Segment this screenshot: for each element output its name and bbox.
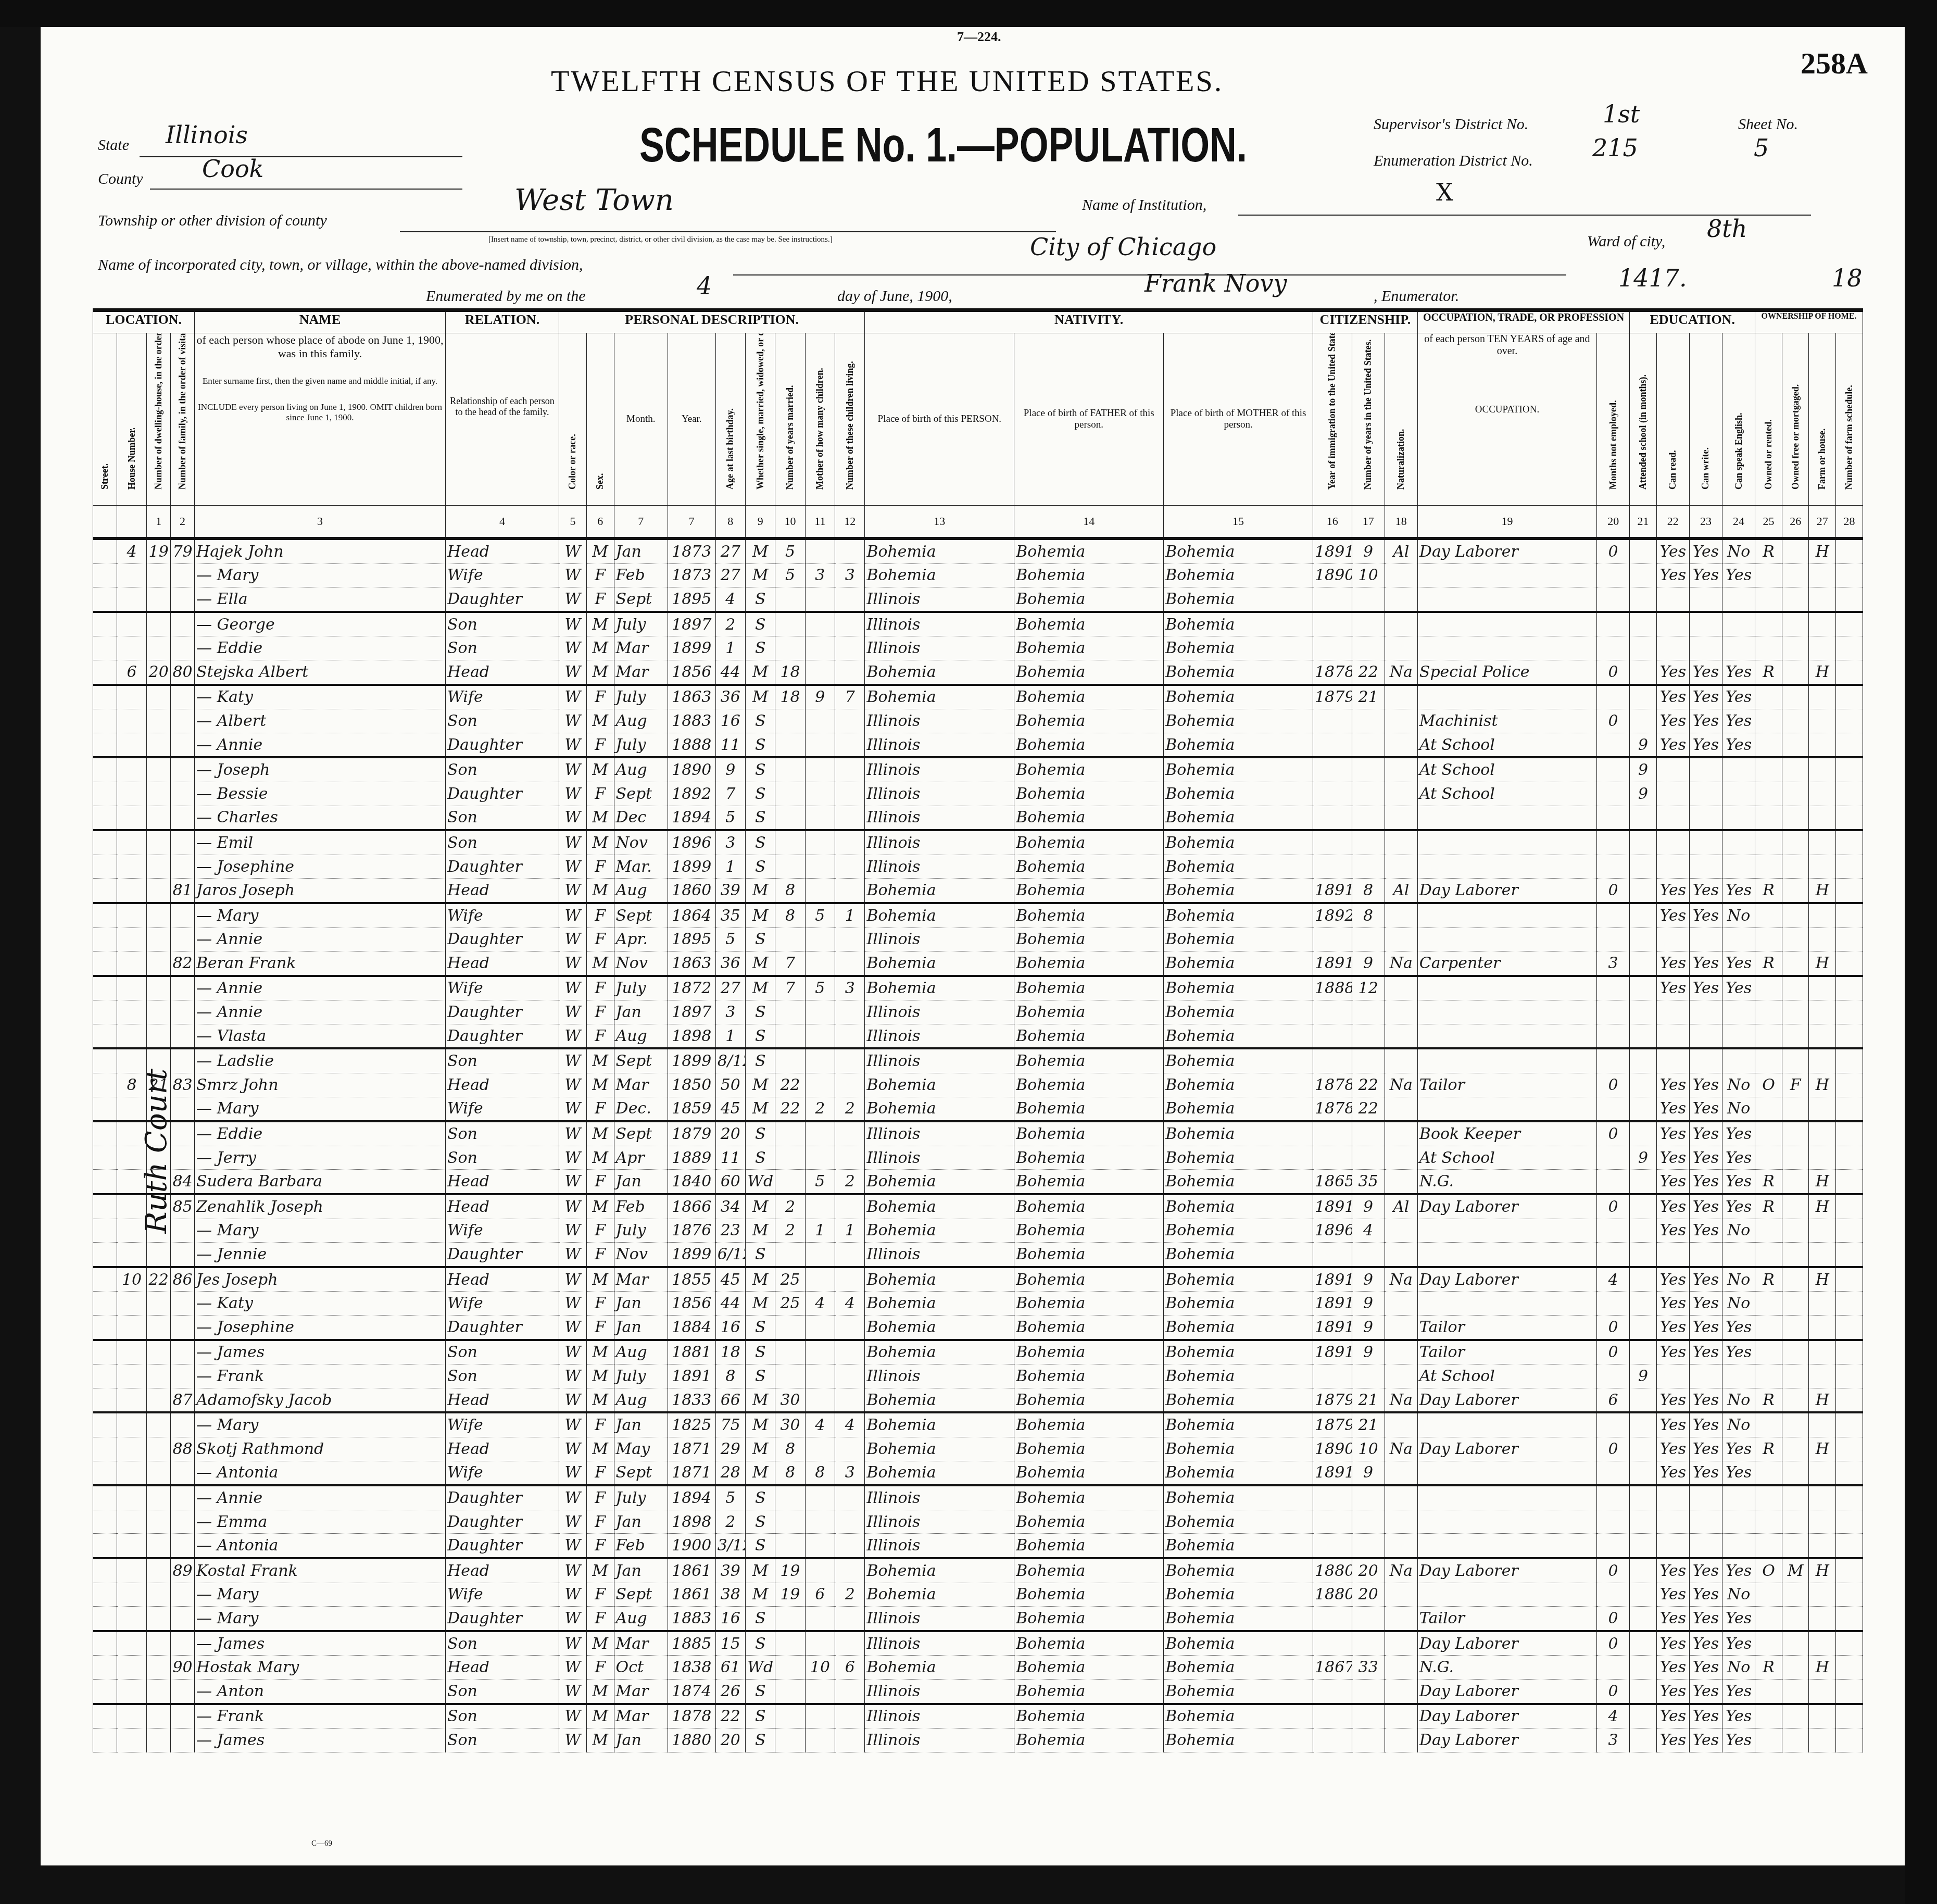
cell-living bbox=[835, 1121, 865, 1146]
cell-father: Bohemia bbox=[1014, 1656, 1164, 1680]
cell-unemployed bbox=[1597, 1485, 1630, 1510]
cell-sched bbox=[1836, 612, 1863, 636]
cell-english: Yes bbox=[1722, 1461, 1755, 1485]
cell-marital: M bbox=[746, 1292, 775, 1316]
cell-relation: Wife bbox=[446, 976, 559, 1000]
cell-unemployed bbox=[1597, 563, 1630, 587]
cell-nat bbox=[1385, 1510, 1417, 1534]
cell-sex: M bbox=[586, 1704, 614, 1728]
cell-street bbox=[93, 1728, 117, 1752]
cell-year: 1883 bbox=[668, 709, 715, 733]
cell-family bbox=[171, 1534, 195, 1558]
cell-occupation bbox=[1417, 1219, 1596, 1243]
cell-nat bbox=[1385, 782, 1417, 806]
cell-mort bbox=[1782, 709, 1809, 733]
cell-mort bbox=[1782, 1485, 1809, 1510]
cell-own bbox=[1755, 855, 1782, 879]
cell-relation: Daughter bbox=[446, 1000, 559, 1024]
cell-read bbox=[1656, 1000, 1689, 1024]
cell-name: — Frank bbox=[195, 1704, 446, 1728]
cell-father: Bohemia bbox=[1014, 1121, 1164, 1146]
cell-unemployed: 3 bbox=[1597, 951, 1630, 976]
cell-color: W bbox=[559, 1412, 587, 1437]
cell-english bbox=[1722, 1000, 1755, 1024]
cell-relation: Son bbox=[446, 1728, 559, 1752]
cell-school bbox=[1630, 1267, 1657, 1292]
cell-read: Yes bbox=[1656, 1292, 1689, 1316]
col-can-write: Can write. bbox=[1689, 333, 1722, 506]
cell-yrs-married: 18 bbox=[775, 685, 805, 709]
cell-sched bbox=[1836, 1219, 1863, 1243]
cell-immig bbox=[1313, 1146, 1352, 1170]
cell-own bbox=[1755, 1243, 1782, 1267]
cell-mother: Bohemia bbox=[1164, 1558, 1313, 1583]
cell-relation: Son bbox=[446, 709, 559, 733]
census-row: 90Hostak MaryHeadWFOct183861Wd106Bohemia… bbox=[93, 1656, 1863, 1680]
cell-farm bbox=[1809, 1728, 1836, 1752]
cell-own bbox=[1755, 757, 1782, 782]
cell-read: Yes bbox=[1656, 685, 1689, 709]
cell-yrs-us bbox=[1352, 830, 1385, 855]
cell-write: Yes bbox=[1689, 1558, 1722, 1583]
cell-occupation bbox=[1417, 1510, 1596, 1534]
cell-english: Yes bbox=[1722, 1146, 1755, 1170]
cell-english: Yes bbox=[1722, 879, 1755, 903]
cell-yrs-us: 20 bbox=[1352, 1558, 1385, 1583]
cell-birth: Illinois bbox=[865, 587, 1014, 612]
cell-school bbox=[1630, 1292, 1657, 1316]
cell-write: Yes bbox=[1689, 1704, 1722, 1728]
cell-age: 3/12 bbox=[715, 1534, 745, 1558]
cell-write bbox=[1689, 1510, 1722, 1534]
column-number: 18 bbox=[1385, 506, 1417, 539]
cell-name: Jaros Joseph bbox=[195, 879, 446, 903]
cell-read bbox=[1656, 855, 1689, 879]
census-row: — MaryDaughterWFAug188316SIllinoisBohemi… bbox=[93, 1607, 1863, 1631]
cell-sex: M bbox=[586, 1388, 614, 1412]
cell-mother: Bohemia bbox=[1164, 1510, 1313, 1534]
cell-unemployed bbox=[1597, 1364, 1630, 1388]
cell-sex: F bbox=[586, 855, 614, 879]
cell-marital: S bbox=[746, 1485, 775, 1510]
cell-living bbox=[835, 951, 865, 976]
cell-english: Yes bbox=[1722, 1121, 1755, 1146]
cell-read bbox=[1656, 1024, 1689, 1048]
census-row: — EddieSonWMSept187920SIllinoisBohemiaBo… bbox=[93, 1121, 1863, 1146]
cell-nat bbox=[1385, 733, 1417, 757]
cell-month: Feb bbox=[614, 1194, 668, 1219]
census-row: 41979Hajek JohnHeadWMJan187327M5BohemiaB… bbox=[93, 538, 1863, 563]
column-number: 2 bbox=[171, 506, 195, 539]
cell-sex: M bbox=[586, 1679, 614, 1703]
cell-living: 7 bbox=[835, 685, 865, 709]
cell-house bbox=[117, 1340, 146, 1364]
cell-birth: Bohemia bbox=[865, 1583, 1014, 1607]
cell-unemployed bbox=[1597, 1534, 1630, 1558]
cell-month: July bbox=[614, 976, 668, 1000]
cell-family bbox=[171, 1292, 195, 1316]
cell-dwelling bbox=[147, 1583, 171, 1607]
cell-immig: 1892 bbox=[1313, 903, 1352, 928]
cell-school bbox=[1630, 1728, 1657, 1752]
col-birthplace-mother: Place of birth of MOTHER of this person. bbox=[1164, 333, 1313, 506]
cell-living bbox=[835, 879, 865, 903]
cell-farm bbox=[1809, 806, 1836, 830]
cell-color: W bbox=[559, 563, 587, 587]
cell-year: 1856 bbox=[668, 660, 715, 684]
cell-school bbox=[1630, 1558, 1657, 1583]
cell-family: 87 bbox=[171, 1388, 195, 1412]
cell-dwelling bbox=[147, 1607, 171, 1631]
cell-birth: Illinois bbox=[865, 928, 1014, 951]
cell-read bbox=[1656, 928, 1689, 951]
cell-unemployed bbox=[1597, 1219, 1630, 1243]
cell-write: Yes bbox=[1689, 685, 1722, 709]
cell-sched bbox=[1836, 538, 1863, 563]
col-birthplace-person: Place of birth of this PERSON. bbox=[865, 333, 1014, 506]
cell-birth: Bohemia bbox=[865, 879, 1014, 903]
cell-name: Skotj Rathmond bbox=[195, 1437, 446, 1461]
cell-year: 1900 bbox=[668, 1534, 715, 1558]
cell-sched bbox=[1836, 1267, 1863, 1292]
cell-age: 15 bbox=[715, 1631, 745, 1656]
cell-marital: S bbox=[746, 1607, 775, 1631]
cell-dwelling bbox=[147, 1534, 171, 1558]
cell-read: Yes bbox=[1656, 1679, 1689, 1703]
cell-living: 6 bbox=[835, 1656, 865, 1680]
cell-read: Yes bbox=[1656, 1728, 1689, 1752]
cell-english: Yes bbox=[1722, 1340, 1755, 1364]
cell-month: Dec bbox=[614, 806, 668, 830]
cell-age: 5 bbox=[715, 806, 745, 830]
cell-age: 2 bbox=[715, 1510, 745, 1534]
cell-street bbox=[93, 1121, 117, 1146]
cell-nat bbox=[1385, 1024, 1417, 1048]
cell-year: 1888 bbox=[668, 733, 715, 757]
margin-number: 1417. bbox=[1618, 264, 1687, 292]
cell-mother-of: 5 bbox=[805, 903, 835, 928]
sheet-value: 5 bbox=[1754, 134, 1769, 162]
cell-relation: Head bbox=[446, 951, 559, 976]
cell-family: 81 bbox=[171, 879, 195, 903]
cell-name: — Ella bbox=[195, 587, 446, 612]
column-number: 28 bbox=[1836, 506, 1863, 539]
cell-nat bbox=[1385, 1316, 1417, 1340]
cell-age: 45 bbox=[715, 1267, 745, 1292]
cell-occupation: N.G. bbox=[1417, 1170, 1596, 1194]
cell-marital: M bbox=[746, 1412, 775, 1437]
cell-english bbox=[1722, 636, 1755, 660]
cell-mother: Bohemia bbox=[1164, 1048, 1313, 1073]
cell-occupation: At School bbox=[1417, 782, 1596, 806]
cell-marital: M bbox=[746, 685, 775, 709]
cell-school bbox=[1630, 538, 1657, 563]
cell-write: Yes bbox=[1689, 1437, 1722, 1461]
cell-name: — George bbox=[195, 612, 446, 636]
cell-year: 1840 bbox=[668, 1170, 715, 1194]
cell-mother: Bohemia bbox=[1164, 1121, 1313, 1146]
cell-mort bbox=[1782, 757, 1809, 782]
cell-birth: Illinois bbox=[865, 636, 1014, 660]
cell-father: Bohemia bbox=[1014, 1631, 1164, 1656]
cell-mort bbox=[1782, 587, 1809, 612]
cell-mother-of bbox=[805, 1728, 835, 1752]
cell-yrs-married bbox=[775, 1121, 805, 1146]
cell-relation: Son bbox=[446, 757, 559, 782]
cell-read: Yes bbox=[1656, 733, 1689, 757]
cell-year: 1892 bbox=[668, 782, 715, 806]
form-code: 7—224. bbox=[957, 29, 1001, 45]
cell-father: Bohemia bbox=[1014, 903, 1164, 928]
cell-mort bbox=[1782, 1388, 1809, 1412]
cell-mort bbox=[1782, 976, 1809, 1000]
cell-yrs-us: 35 bbox=[1352, 1170, 1385, 1194]
cell-house bbox=[117, 806, 146, 830]
cell-write: Yes bbox=[1689, 1607, 1722, 1631]
cell-sched bbox=[1836, 1631, 1863, 1656]
cell-farm bbox=[1809, 1510, 1836, 1534]
cell-month: Feb bbox=[614, 563, 668, 587]
cell-mother-of bbox=[805, 587, 835, 612]
cell-occupation bbox=[1417, 1048, 1596, 1073]
cell-dwelling bbox=[147, 1461, 171, 1485]
cell-english: Yes bbox=[1722, 1728, 1755, 1752]
cell-own bbox=[1755, 1146, 1782, 1170]
cell-unemployed bbox=[1597, 903, 1630, 928]
col-immigration-year: Year of immigration to the United States… bbox=[1313, 333, 1352, 506]
cell-age: 27 bbox=[715, 976, 745, 1000]
cell-dwelling bbox=[147, 709, 171, 733]
cell-immig bbox=[1313, 1024, 1352, 1048]
cell-dwelling bbox=[147, 879, 171, 903]
cell-name: — Mary bbox=[195, 1607, 446, 1631]
cell-farm bbox=[1809, 830, 1836, 855]
cell-mort bbox=[1782, 636, 1809, 660]
cell-age: 1 bbox=[715, 1024, 745, 1048]
cell-living bbox=[835, 1024, 865, 1048]
cell-street bbox=[93, 806, 117, 830]
cell-mort bbox=[1782, 1000, 1809, 1024]
cell-mother: Bohemia bbox=[1164, 1073, 1313, 1097]
cell-sched bbox=[1836, 1316, 1863, 1340]
cell-father: Bohemia bbox=[1014, 612, 1164, 636]
cell-occupation: Tailor bbox=[1417, 1073, 1596, 1097]
cell-mother: Bohemia bbox=[1164, 1340, 1313, 1364]
cell-name: Adamofsky Jacob bbox=[195, 1388, 446, 1412]
col-can-read: Can read. bbox=[1656, 333, 1689, 506]
cell-occupation: Carpenter bbox=[1417, 951, 1596, 976]
cell-write bbox=[1689, 806, 1722, 830]
cell-farm bbox=[1809, 563, 1836, 587]
cell-own: O bbox=[1755, 1073, 1782, 1097]
cell-street bbox=[93, 855, 117, 879]
cell-yrs-married bbox=[775, 1607, 805, 1631]
cell-living: 4 bbox=[835, 1292, 865, 1316]
cell-color: W bbox=[559, 757, 587, 782]
cell-family bbox=[171, 1607, 195, 1631]
cell-immig: 1879 bbox=[1313, 1388, 1352, 1412]
cell-dwelling bbox=[147, 903, 171, 928]
group-citizenship: CITIZENSHIP. bbox=[1313, 310, 1418, 333]
cell-birth: Illinois bbox=[865, 612, 1014, 636]
cell-english: No bbox=[1722, 1656, 1755, 1680]
cell-mother: Bohemia bbox=[1164, 1461, 1313, 1485]
cell-marital: M bbox=[746, 1267, 775, 1292]
cell-marital: M bbox=[746, 563, 775, 587]
cell-family bbox=[171, 928, 195, 951]
cell-marital: S bbox=[746, 1048, 775, 1073]
cell-family bbox=[171, 1631, 195, 1656]
cell-color: W bbox=[559, 1461, 587, 1485]
cell-house bbox=[117, 976, 146, 1000]
column-number: 3 bbox=[195, 506, 446, 539]
cell-name: — Emma bbox=[195, 1510, 446, 1534]
cell-yrs-married bbox=[775, 1024, 805, 1048]
cell-marital: S bbox=[746, 855, 775, 879]
cell-month: July bbox=[614, 733, 668, 757]
cell-house bbox=[117, 1631, 146, 1656]
cell-year: 1899 bbox=[668, 636, 715, 660]
cell-mother-of: 10 bbox=[805, 1656, 835, 1680]
cell-year: 1883 bbox=[668, 1607, 715, 1631]
cell-age: 39 bbox=[715, 1558, 745, 1583]
cell-living bbox=[835, 782, 865, 806]
cell-dwelling bbox=[147, 1364, 171, 1388]
cell-father: Bohemia bbox=[1014, 1679, 1164, 1703]
cell-immig: 1879 bbox=[1313, 1412, 1352, 1437]
cell-sched bbox=[1836, 951, 1863, 976]
cell-english bbox=[1722, 1485, 1755, 1510]
cell-house bbox=[117, 1000, 146, 1024]
cell-school bbox=[1630, 636, 1657, 660]
cell-sched bbox=[1836, 1170, 1863, 1194]
cell-yrs-married bbox=[775, 830, 805, 855]
cell-father: Bohemia bbox=[1014, 587, 1164, 612]
supervisor-value: 1st bbox=[1603, 100, 1640, 128]
cell-yrs-us: 33 bbox=[1352, 1656, 1385, 1680]
cell-birth: Bohemia bbox=[865, 903, 1014, 928]
cell-mother-of bbox=[805, 757, 835, 782]
cell-color: W bbox=[559, 709, 587, 733]
cell-name: — James bbox=[195, 1340, 446, 1364]
cell-color: W bbox=[559, 1024, 587, 1048]
cell-school bbox=[1630, 1243, 1657, 1267]
cell-marital: M bbox=[746, 976, 775, 1000]
census-row: — KatyWifeWFJuly186336M1897BohemiaBohemi… bbox=[93, 685, 1863, 709]
cell-dwelling bbox=[147, 1000, 171, 1024]
cell-write: Yes bbox=[1689, 563, 1722, 587]
census-row: 82183Smrz JohnHeadWMMar185050M22BohemiaB… bbox=[93, 1073, 1863, 1097]
cell-age: 20 bbox=[715, 1121, 745, 1146]
cell-own bbox=[1755, 685, 1782, 709]
cell-mother-of bbox=[805, 660, 835, 684]
cell-mother-of bbox=[805, 1267, 835, 1292]
col-sex: Sex. bbox=[586, 333, 614, 506]
cell-house bbox=[117, 879, 146, 903]
cell-farm bbox=[1809, 587, 1836, 612]
cell-sex: M bbox=[586, 709, 614, 733]
cell-dwelling bbox=[147, 1412, 171, 1437]
cell-year: 1897 bbox=[668, 1000, 715, 1024]
cell-mother: Bohemia bbox=[1164, 879, 1313, 903]
cell-occupation: Day Laborer bbox=[1417, 1558, 1596, 1583]
cell-dwelling bbox=[147, 1048, 171, 1073]
cell-nat bbox=[1385, 1704, 1417, 1728]
cell-sex: F bbox=[586, 1170, 614, 1194]
cell-write: Yes bbox=[1689, 660, 1722, 684]
cell-name: — Josephine bbox=[195, 855, 446, 879]
cell-street bbox=[93, 951, 117, 976]
cell-write: Yes bbox=[1689, 1219, 1722, 1243]
cell-month: Aug bbox=[614, 709, 668, 733]
sheet-label: Sheet No. bbox=[1738, 116, 1798, 133]
cell-occupation: Day Laborer bbox=[1417, 1437, 1596, 1461]
cell-read bbox=[1656, 1048, 1689, 1073]
cell-occupation: Day Laborer bbox=[1417, 1388, 1596, 1412]
cell-mother: Bohemia bbox=[1164, 782, 1313, 806]
cell-yrs-us: 22 bbox=[1352, 1073, 1385, 1097]
cell-immig bbox=[1313, 1000, 1352, 1024]
cell-occupation: Day Laborer bbox=[1417, 1728, 1596, 1752]
cell-living bbox=[835, 1510, 865, 1534]
cell-mother: Bohemia bbox=[1164, 1243, 1313, 1267]
cell-color: W bbox=[559, 1219, 587, 1243]
cell-age: 36 bbox=[715, 951, 745, 976]
col-farm-house: Farm or house. bbox=[1809, 333, 1836, 506]
cell-farm bbox=[1809, 1364, 1836, 1388]
cell-mother-of bbox=[805, 782, 835, 806]
cell-street bbox=[93, 1388, 117, 1412]
cell-school bbox=[1630, 1316, 1657, 1340]
cell-age: 16 bbox=[715, 1316, 745, 1340]
cell-dwelling: 19 bbox=[147, 538, 171, 563]
column-number: 12 bbox=[835, 506, 865, 539]
cell-name: — Antonia bbox=[195, 1461, 446, 1485]
cell-relation: Daughter bbox=[446, 1510, 559, 1534]
cell-mort bbox=[1782, 1412, 1809, 1437]
cell-marital: M bbox=[746, 1437, 775, 1461]
cell-dwelling bbox=[147, 806, 171, 830]
cell-living bbox=[835, 733, 865, 757]
col-attended-school: Attended school (in months). bbox=[1630, 333, 1657, 506]
cell-immig: 1878 bbox=[1313, 1073, 1352, 1097]
census-row: — AnnieDaughterWFJan18973SIllinoisBohemi… bbox=[93, 1000, 1863, 1024]
cell-family bbox=[171, 1728, 195, 1752]
cell-mother: Bohemia bbox=[1164, 1097, 1313, 1121]
cell-age: 5 bbox=[715, 1485, 745, 1510]
cell-birth: Illinois bbox=[865, 1679, 1014, 1703]
cell-birth: Bohemia bbox=[865, 1194, 1014, 1219]
township-label: Township or other division of county bbox=[98, 212, 327, 230]
cell-mother: Bohemia bbox=[1164, 1534, 1313, 1558]
cell-year: 1889 bbox=[668, 1146, 715, 1170]
cell-farm bbox=[1809, 1679, 1836, 1703]
cell-mother: Bohemia bbox=[1164, 1656, 1313, 1680]
cell-yrs-us bbox=[1352, 1704, 1385, 1728]
cell-name: — Eddie bbox=[195, 1121, 446, 1146]
cell-house bbox=[117, 1607, 146, 1631]
col-months-unemployed: Months not employed. bbox=[1597, 333, 1630, 506]
cell-birth: Illinois bbox=[865, 1024, 1014, 1048]
enumerator-name: Frank Novy bbox=[1144, 269, 1287, 297]
cell-living bbox=[835, 1316, 865, 1340]
cell-house bbox=[117, 733, 146, 757]
cell-yrs-married bbox=[775, 757, 805, 782]
cell-street bbox=[93, 1243, 117, 1267]
cell-living: 1 bbox=[835, 1219, 865, 1243]
cell-sched bbox=[1836, 1510, 1863, 1534]
cell-living bbox=[835, 1485, 865, 1510]
